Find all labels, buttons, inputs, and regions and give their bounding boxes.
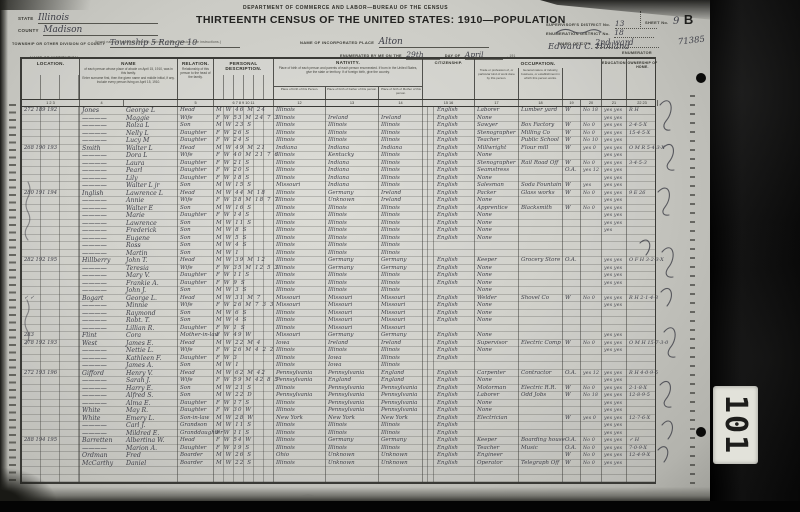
subheader-pom: Place of birth of Mother of this person. bbox=[379, 87, 423, 99]
cell-relation: Son bbox=[178, 317, 214, 325]
cell-surname: Ordman bbox=[80, 452, 124, 460]
cell-employer: O.A. bbox=[563, 257, 581, 265]
cell-given bbox=[124, 475, 178, 483]
cell-pom: Missouri bbox=[379, 325, 423, 333]
cell-description: M W 23 S bbox=[214, 122, 274, 130]
column-number: 18 bbox=[519, 100, 563, 106]
table-row: ————MarieDaughterF W 14 SIllinoisIllinoi… bbox=[22, 212, 655, 220]
subheader-industry: General nature of industry, business, or… bbox=[519, 68, 563, 99]
cell-surname: ———— bbox=[80, 445, 124, 453]
cell-pob: New York bbox=[274, 415, 326, 423]
column-number bbox=[124, 100, 178, 106]
cell-given: Laura bbox=[124, 160, 178, 168]
cell-employer bbox=[563, 197, 581, 205]
cell-employer bbox=[563, 310, 581, 318]
cell-loc: 272 193 196 bbox=[22, 370, 80, 378]
cell-pof bbox=[326, 467, 379, 475]
cell-occupation bbox=[475, 362, 519, 370]
cell-surname: Smith bbox=[80, 145, 124, 153]
table-row: ————LauraDaughterF W 21 SIllinoisIndiana… bbox=[22, 160, 655, 168]
census-table: LOCATION. NAME of each person whose plac… bbox=[20, 57, 656, 484]
cell-relation: Daughter bbox=[178, 325, 214, 333]
cell-language: English bbox=[423, 377, 475, 385]
cell-pom: Ireland bbox=[379, 190, 423, 198]
cell-description bbox=[214, 475, 274, 483]
cell-occupation: None bbox=[475, 220, 519, 228]
cell-relation: Son-in-law bbox=[178, 415, 214, 423]
cell-description: F W 1 S bbox=[214, 325, 274, 333]
cell-pom: Illinois bbox=[379, 235, 423, 243]
cell-education bbox=[602, 355, 627, 363]
cell-weeks: yes 12 bbox=[581, 370, 602, 378]
cell-description: F W 53 M 24 7 3 bbox=[214, 115, 274, 123]
cell-weeks bbox=[581, 467, 602, 475]
table-row: ————Rolza LSonM W 23 SIllinoisIllinoisIl… bbox=[22, 122, 655, 130]
cell-industry bbox=[519, 467, 563, 475]
cell-weeks: No 18 bbox=[581, 392, 602, 400]
cell-pob: Illinois bbox=[274, 280, 326, 288]
cell-relation: Wife bbox=[178, 152, 214, 160]
cell-loc bbox=[22, 347, 80, 355]
cell-education bbox=[602, 325, 627, 333]
cell-marks bbox=[627, 212, 658, 220]
cell-weeks bbox=[581, 475, 602, 483]
header-nativity: NATIVITY. Place of birth of each person … bbox=[274, 59, 423, 99]
cell-education: yes yes bbox=[602, 197, 627, 205]
cell-given: Kathleen F. bbox=[124, 355, 178, 363]
cell-pob: Illinois bbox=[274, 407, 326, 415]
cell-pof: Indiana bbox=[326, 182, 379, 190]
cell-given: Walter E bbox=[124, 205, 178, 213]
cell-language: English bbox=[423, 280, 475, 288]
cell-education bbox=[602, 362, 627, 370]
cell-education bbox=[602, 475, 627, 483]
cell-pob: Illinois bbox=[274, 355, 326, 363]
cell-employer bbox=[563, 152, 581, 160]
cell-marks bbox=[627, 205, 658, 213]
cell-pob: Illinois bbox=[274, 422, 326, 430]
cell-employer bbox=[563, 430, 581, 438]
cell-description: M W 62 M 42 bbox=[214, 370, 274, 378]
cell-employer bbox=[563, 242, 581, 250]
cell-loc bbox=[22, 362, 80, 370]
cell-pof: Pennsylvania bbox=[326, 392, 379, 400]
cell-occupation bbox=[475, 250, 519, 258]
table-row: ————PearlDaughterF W 20 SIllinoisIndiana… bbox=[22, 167, 655, 175]
table-row: ————Mary V.DaughterF W 11 SIllinoisIllin… bbox=[22, 272, 655, 280]
cell-surname: ———— bbox=[80, 355, 124, 363]
cell-pom: Illinois bbox=[379, 160, 423, 168]
cell-marks bbox=[627, 250, 658, 258]
cell-pob: Iowa bbox=[274, 340, 326, 348]
cell-pob: Illinois bbox=[274, 460, 326, 468]
table-row: ————MinnieWifeF W 26 M 7 3 3MissouriMiss… bbox=[22, 302, 655, 310]
cell-weeks bbox=[581, 377, 602, 385]
cell-occupation: None bbox=[475, 175, 519, 183]
table-row: WhiteEmery L.Son-in-lawM W 28 WNew YorkN… bbox=[22, 415, 655, 423]
cell-language: English bbox=[423, 197, 475, 205]
cell-weeks bbox=[581, 332, 602, 340]
cell-pof: New York bbox=[326, 415, 379, 423]
cell-given: Albertina W. bbox=[124, 437, 178, 445]
cell-surname: White bbox=[80, 407, 124, 415]
cell-pom: Germany bbox=[379, 437, 423, 445]
cell-pob: Illinois bbox=[274, 152, 326, 160]
cell-marks bbox=[627, 302, 658, 310]
cell-loc bbox=[22, 430, 80, 438]
cell-description: M W 6 S bbox=[214, 310, 274, 318]
cell-employer: W bbox=[563, 145, 581, 153]
cell-given: Mildred E. bbox=[124, 430, 178, 438]
cell-industry bbox=[519, 325, 563, 333]
cell-education: yes yes bbox=[602, 280, 627, 288]
cell-relation: Head bbox=[178, 370, 214, 378]
cell-employer: W bbox=[563, 392, 581, 400]
cell-occupation: None bbox=[475, 377, 519, 385]
cell-language: English bbox=[423, 145, 475, 153]
cell-employer: W bbox=[563, 107, 581, 115]
bottom-left-smudge bbox=[0, 468, 56, 503]
cell-industry bbox=[519, 242, 563, 250]
table-row: ————Frankie A.DaughterF W 9 SIllinoisIll… bbox=[22, 280, 655, 288]
cell-industry bbox=[519, 272, 563, 280]
cell-relation: Daughter bbox=[178, 280, 214, 288]
cell-loc bbox=[22, 137, 80, 145]
cell-description: F W 11 S bbox=[214, 272, 274, 280]
cell-occupation: Stenographer bbox=[475, 130, 519, 138]
cell-description: M W 15 S bbox=[214, 182, 274, 190]
cell-given: Martin bbox=[124, 250, 178, 258]
cell-relation: Son bbox=[178, 242, 214, 250]
cell-description: M W 16 S bbox=[214, 205, 274, 213]
cell-employer: W bbox=[563, 415, 581, 423]
cell-pof: Illinois bbox=[326, 430, 379, 438]
cell-weeks bbox=[581, 400, 602, 408]
table-row: WhiteMay R.DaughterF W 30 WIllinoisPenns… bbox=[22, 407, 655, 415]
cell-weeks: No 0 bbox=[581, 385, 602, 393]
cell-education: yes yes bbox=[602, 257, 627, 265]
cell-pob: Illinois bbox=[274, 137, 326, 145]
cell-relation: Son bbox=[178, 392, 214, 400]
cell-education bbox=[602, 467, 627, 475]
header-name: NAME of each person whose place of abode… bbox=[80, 59, 178, 99]
cell-surname: ———— bbox=[80, 385, 124, 393]
cell-description: F W 14 S bbox=[214, 212, 274, 220]
census-scan-page: STATE Illinois COUNTY Madison TOWNSHIP O… bbox=[0, 0, 800, 512]
cell-language: English bbox=[423, 182, 475, 190]
cell-language: English bbox=[423, 415, 475, 423]
cell-given: John T. bbox=[124, 257, 178, 265]
cell-pom: Unknown bbox=[379, 460, 423, 468]
header-education: EDUCATION. bbox=[602, 59, 627, 99]
cell-weeks bbox=[581, 407, 602, 415]
cell-occupation: Stenographer bbox=[475, 160, 519, 168]
cell-employer bbox=[563, 235, 581, 243]
cell-pom: Illinois bbox=[379, 272, 423, 280]
cell-pob: Illinois bbox=[274, 115, 326, 123]
cell-pom: Illinois bbox=[379, 122, 423, 130]
cell-weeks: No 0 bbox=[581, 130, 602, 138]
cell-marks bbox=[627, 235, 658, 243]
cell-occupation: Keeper bbox=[475, 437, 519, 445]
cell-weeks: No 0 bbox=[581, 205, 602, 213]
cell-language: English bbox=[423, 437, 475, 445]
cell-marks bbox=[627, 182, 658, 190]
cell-surname: ———— bbox=[80, 325, 124, 333]
cell-marks bbox=[627, 310, 658, 318]
cell-weeks bbox=[581, 272, 602, 280]
cell-occupation bbox=[475, 475, 519, 483]
cell-education: yes yes bbox=[602, 130, 627, 138]
cell-weeks: No 0 bbox=[581, 190, 602, 198]
cell-pob: Illinois bbox=[274, 175, 326, 183]
cell-language: English bbox=[423, 430, 475, 438]
cell-relation: Wife bbox=[178, 265, 214, 273]
cell-given: Carl J. bbox=[124, 422, 178, 430]
cell-loc bbox=[22, 407, 80, 415]
cell-given: Sarah J. bbox=[124, 377, 178, 385]
cell-language: English bbox=[423, 355, 475, 363]
cell-occupation: Laborer bbox=[475, 392, 519, 400]
cell-given: Annie bbox=[124, 197, 178, 205]
column-number: 21 bbox=[602, 100, 627, 106]
cell-occupation: Engineer bbox=[475, 452, 519, 460]
cell-relation: Granddaughter bbox=[178, 430, 214, 438]
cell-marks: O F H 3-2-3-X bbox=[627, 257, 658, 265]
cell-given: Fred bbox=[124, 452, 178, 460]
cell-pom: Germany bbox=[379, 257, 423, 265]
cell-given: Lily bbox=[124, 175, 178, 183]
cell-surname: ———— bbox=[80, 287, 124, 295]
cell-loc bbox=[22, 377, 80, 385]
cell-pob: Illinois bbox=[274, 212, 326, 220]
cell-description: F W 49 W bbox=[214, 332, 274, 340]
cell-surname: West bbox=[80, 340, 124, 348]
cell-marks: R H 4-0-9-5 bbox=[627, 370, 658, 378]
column-numbers-row: 1 2 3456 7 8 9 10 1112131415 16171819202… bbox=[22, 100, 655, 107]
cell-pob: Illinois bbox=[274, 160, 326, 168]
cell-pof: Illinois bbox=[326, 347, 379, 355]
cell-industry bbox=[519, 362, 563, 370]
cell-pom bbox=[379, 467, 423, 475]
cell-surname: ———— bbox=[80, 220, 124, 228]
table-row: ————Lucy MDaughterF W 24 SIllinoisIllino… bbox=[22, 137, 655, 145]
cell-relation bbox=[178, 467, 214, 475]
cell-weeks bbox=[581, 280, 602, 288]
cell-industry bbox=[519, 235, 563, 243]
cell-employer bbox=[563, 325, 581, 333]
cell-industry bbox=[519, 400, 563, 408]
cell-language: English bbox=[423, 257, 475, 265]
cell-relation: Son bbox=[178, 122, 214, 130]
cell-loc bbox=[22, 197, 80, 205]
cell-employer bbox=[563, 280, 581, 288]
cell-relation: Daughter bbox=[178, 137, 214, 145]
cell-pob: Ohio bbox=[274, 452, 326, 460]
cell-education: yes yes bbox=[602, 145, 627, 153]
cell-description: M W 49 M 21 bbox=[214, 145, 274, 153]
cell-pob: Illinois bbox=[274, 272, 326, 280]
cell-employer bbox=[563, 265, 581, 273]
cell-occupation: Seamstress bbox=[475, 167, 519, 175]
right-edge-ticks bbox=[690, 95, 695, 487]
cell-description: M W 31 M 7 bbox=[214, 295, 274, 303]
table-row bbox=[22, 475, 655, 483]
cell-pof: Ireland bbox=[326, 340, 379, 348]
cell-relation: Head bbox=[178, 257, 214, 265]
cell-marks: R H bbox=[627, 107, 658, 115]
cell-pof: Germany bbox=[326, 257, 379, 265]
enumerator-signature: Edward C. Holland bbox=[548, 42, 630, 52]
cell-pob: Illinois bbox=[274, 197, 326, 205]
cell-weeks bbox=[581, 242, 602, 250]
cell-relation: Head bbox=[178, 295, 214, 303]
cell-pof: Illinois bbox=[326, 280, 379, 288]
cell-surname: Barretten bbox=[80, 437, 124, 445]
cell-pom: Missouri bbox=[379, 317, 423, 325]
cell-loc bbox=[22, 310, 80, 318]
cell-weeks: No 18 bbox=[581, 107, 602, 115]
cell-given: Alma E. bbox=[124, 400, 178, 408]
cell-description: M W 4 S bbox=[214, 317, 274, 325]
table-row: 280 191 194InglishLawrence LHeadM W 44 M… bbox=[22, 190, 655, 198]
cell-industry: Box Factory bbox=[519, 122, 563, 130]
cell-pob: Illinois bbox=[274, 317, 326, 325]
cell-description: F W 40 M 21 7 6 bbox=[214, 152, 274, 160]
cell-industry bbox=[519, 415, 563, 423]
cell-description: F W 26 M 4 2 2 bbox=[214, 347, 274, 355]
cell-occupation: None bbox=[475, 212, 519, 220]
cell-description: F W 30 W bbox=[214, 407, 274, 415]
cell-description: F W 35 M 12 5 3 bbox=[214, 265, 274, 273]
cell-surname: ———— bbox=[80, 205, 124, 213]
cell-education: yes yes bbox=[602, 370, 627, 378]
cell-surname: McCarthy bbox=[80, 460, 124, 468]
cell-industry: Rail Road Off bbox=[519, 160, 563, 168]
cell-marks: 12-7-6-X bbox=[627, 415, 658, 423]
cell-occupation: Apprentice bbox=[475, 205, 519, 213]
table-row: ————MartinSonM W 1IllinoisIllinoisIllino… bbox=[22, 250, 655, 258]
column-number: 15 16 bbox=[423, 100, 475, 106]
column-number: 13 bbox=[326, 100, 379, 106]
cell-surname: ———— bbox=[80, 212, 124, 220]
cell-relation: Son bbox=[178, 220, 214, 228]
cell-employer bbox=[563, 115, 581, 123]
cell-pof bbox=[326, 475, 379, 483]
column-number: 6 7 8 9 10 11 bbox=[214, 100, 274, 106]
cell-description: M W 22 M 4 bbox=[214, 340, 274, 348]
cell-relation: Daughter bbox=[178, 445, 214, 453]
cell-marks: O M H 15-7-3-0 bbox=[627, 340, 658, 348]
cell-occupation bbox=[475, 355, 519, 363]
cell-surname: ———— bbox=[80, 280, 124, 288]
cell-loc bbox=[22, 227, 80, 235]
cell-loc: 282 192 195 bbox=[22, 257, 80, 265]
header-occupation: OCCUPATION. Trade or profession of, or p… bbox=[475, 59, 602, 99]
cell-weeks bbox=[581, 250, 602, 258]
cell-occupation bbox=[475, 422, 519, 430]
table-row: 278 192 193WestJames E.HeadM W 22 M 4Iow… bbox=[22, 340, 655, 348]
cell-pof: Illinois bbox=[326, 422, 379, 430]
cell-pob: Illinois bbox=[274, 347, 326, 355]
cell-pom: Illinois bbox=[379, 430, 423, 438]
cell-education bbox=[602, 250, 627, 258]
cell-occupation: Sawyer bbox=[475, 122, 519, 130]
cell-loc bbox=[22, 242, 80, 250]
cell-occupation: None bbox=[475, 400, 519, 408]
cell-language: English bbox=[423, 422, 475, 430]
cell-pob: Illinois bbox=[274, 362, 326, 370]
paper-sheet: STATE Illinois COUNTY Madison TOWNSHIP O… bbox=[0, 0, 712, 503]
sheet-label: SHEET No. bbox=[645, 20, 669, 25]
cell-pob: Illinois bbox=[274, 205, 326, 213]
cell-pom: England bbox=[379, 370, 423, 378]
cell-surname: ———— bbox=[80, 130, 124, 138]
cell-industry: Electric Comp bbox=[519, 340, 563, 348]
cell-relation: Daughter bbox=[178, 167, 214, 175]
table-row: OrdmanFredBoarderM W 26 SOhioUnknownUnkn… bbox=[22, 452, 655, 460]
cell-education: yes yes bbox=[602, 445, 627, 453]
cell-given: Minnie bbox=[124, 302, 178, 310]
cell-relation: Son bbox=[178, 362, 214, 370]
cell-loc bbox=[22, 250, 80, 258]
cell-occupation: None bbox=[475, 287, 519, 295]
cell-given: Marie bbox=[124, 212, 178, 220]
cell-description: F W 9 S bbox=[214, 280, 274, 288]
cell-language: English bbox=[423, 392, 475, 400]
cell-pof: Missouri bbox=[326, 295, 379, 303]
cell-pof: Missouri bbox=[326, 302, 379, 310]
cell-occupation: None bbox=[475, 227, 519, 235]
cell-weeks bbox=[581, 317, 602, 325]
cell-pob: Illinois bbox=[274, 130, 326, 138]
cell-given: George L. bbox=[124, 295, 178, 303]
cell-education: yes yes bbox=[602, 220, 627, 228]
cell-pob: Missouri bbox=[274, 182, 326, 190]
cell-relation: Head bbox=[178, 340, 214, 348]
cell-surname: Hillberry bbox=[80, 257, 124, 265]
table-row: 268 190 193SmithWalter LHeadM W 49 M 21I… bbox=[22, 145, 655, 153]
cell-pom: Illinois bbox=[379, 205, 423, 213]
cell-education: yes yes bbox=[602, 190, 627, 198]
cell-given: Lawrence L bbox=[124, 190, 178, 198]
cell-weeks bbox=[581, 227, 602, 235]
cell-employer bbox=[563, 332, 581, 340]
cell-weeks bbox=[581, 197, 602, 205]
cell-marks: 12-4-9-X bbox=[627, 452, 658, 460]
cell-pof: Pennsylvania bbox=[326, 400, 379, 408]
cell-loc bbox=[22, 385, 80, 393]
cell-employer bbox=[563, 355, 581, 363]
cell-surname: ———— bbox=[80, 265, 124, 273]
cell-relation: Daughter bbox=[178, 400, 214, 408]
cell-weeks: No 0 bbox=[581, 340, 602, 348]
cell-employer bbox=[563, 220, 581, 228]
cell-employer bbox=[563, 250, 581, 258]
cell-language: English bbox=[423, 190, 475, 198]
cell-language: English bbox=[423, 227, 475, 235]
cell-description: F W 11 S bbox=[214, 430, 274, 438]
cell-education: yes yes bbox=[602, 340, 627, 348]
cell-language: English bbox=[423, 452, 475, 460]
cell-language bbox=[423, 242, 475, 250]
table-header: LOCATION. NAME of each person whose plac… bbox=[22, 59, 655, 100]
cell-relation: Son bbox=[178, 250, 214, 258]
cell-pob: Pennsylvania bbox=[274, 377, 326, 385]
cell-description: F W 21 S bbox=[214, 160, 274, 168]
cell-weeks bbox=[581, 212, 602, 220]
cell-surname: ———— bbox=[80, 227, 124, 235]
